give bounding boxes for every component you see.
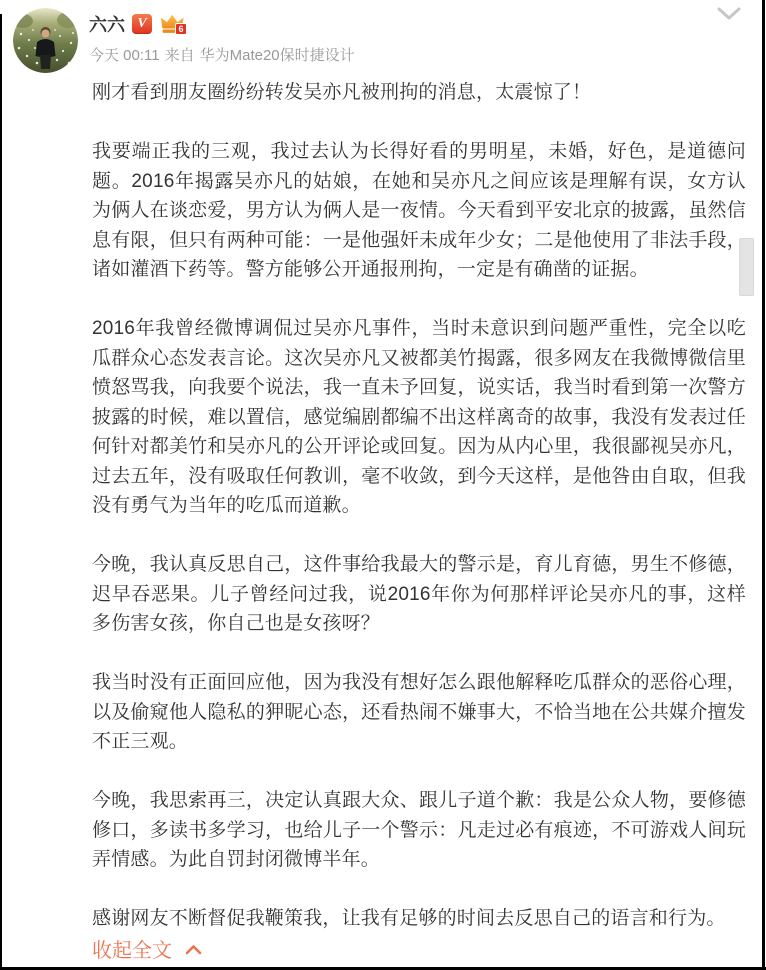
post-header: 六六 V 6 [13,8,355,73]
chevron-up-icon [185,944,202,955]
scrollbar-thumb[interactable] [739,238,754,296]
vip-crown-icon: 6 [159,13,186,35]
post-paragraph: 今晚，我思索再三，决定认真跟大众、跟儿子道个歉：我是公众人物，要修德修口，多读书… [92,786,746,875]
post-paragraph: 感谢网友不断督促我鞭策我，让我有足够的时间去反思自己的语言和行为。 [92,904,746,934]
weibo-post-page: 六六 V 6 [0,0,766,970]
post-paragraph: 刚才看到朋友圈纷纷转发吴亦凡被刑拘的消息，太震惊了！ [92,78,746,108]
post-paragraph: 我要端正我的三观，我过去认为长得好看的男明星，未婚，好色，是道德问题。2016年… [92,137,746,285]
post-paragraph: 我当时没有正面回应他，因为我没有想好怎么跟他解释吃瓜群众的恶俗心理，以及偷窥他人… [92,668,746,757]
vip-level-number: 6 [175,23,187,35]
post-paragraph: 今晚，我认真反思自己，这件事给我最大的警示是，育儿育德，男生不修德，迟早吞恶果。… [92,550,746,639]
source-label: 来自 [165,44,195,65]
collapse-full-text-link[interactable]: 收起全文 [92,934,202,963]
author-info: 六六 V 6 [89,8,355,73]
window-border-right [762,0,765,970]
collapse-link-label: 收起全文 [92,934,172,963]
post-body: 刚才看到朋友圈纷纷转发吴亦凡被刑拘的消息，太震惊了！ 我要端正我的三观，我过去认… [92,78,746,934]
post-source-device[interactable]: 华为Mate20保时捷设计 [200,44,355,65]
post-paragraph: 2016年我曾经微博调侃过吴亦凡事件，当时未意识到问题严重性，完全以吃瓜群众心态… [92,314,746,521]
avatar[interactable] [13,8,78,73]
verified-v-icon: V [132,14,152,34]
author-name-row: 六六 V 6 [89,11,355,36]
window-border-left [0,14,2,970]
chevron-down-icon[interactable] [716,5,742,23]
author-name[interactable]: 六六 [89,11,125,37]
post-time: 今天 00:11 [89,44,160,65]
post-meta: 今天 00:11 来自 华为Mate20保时捷设计 [89,44,355,65]
